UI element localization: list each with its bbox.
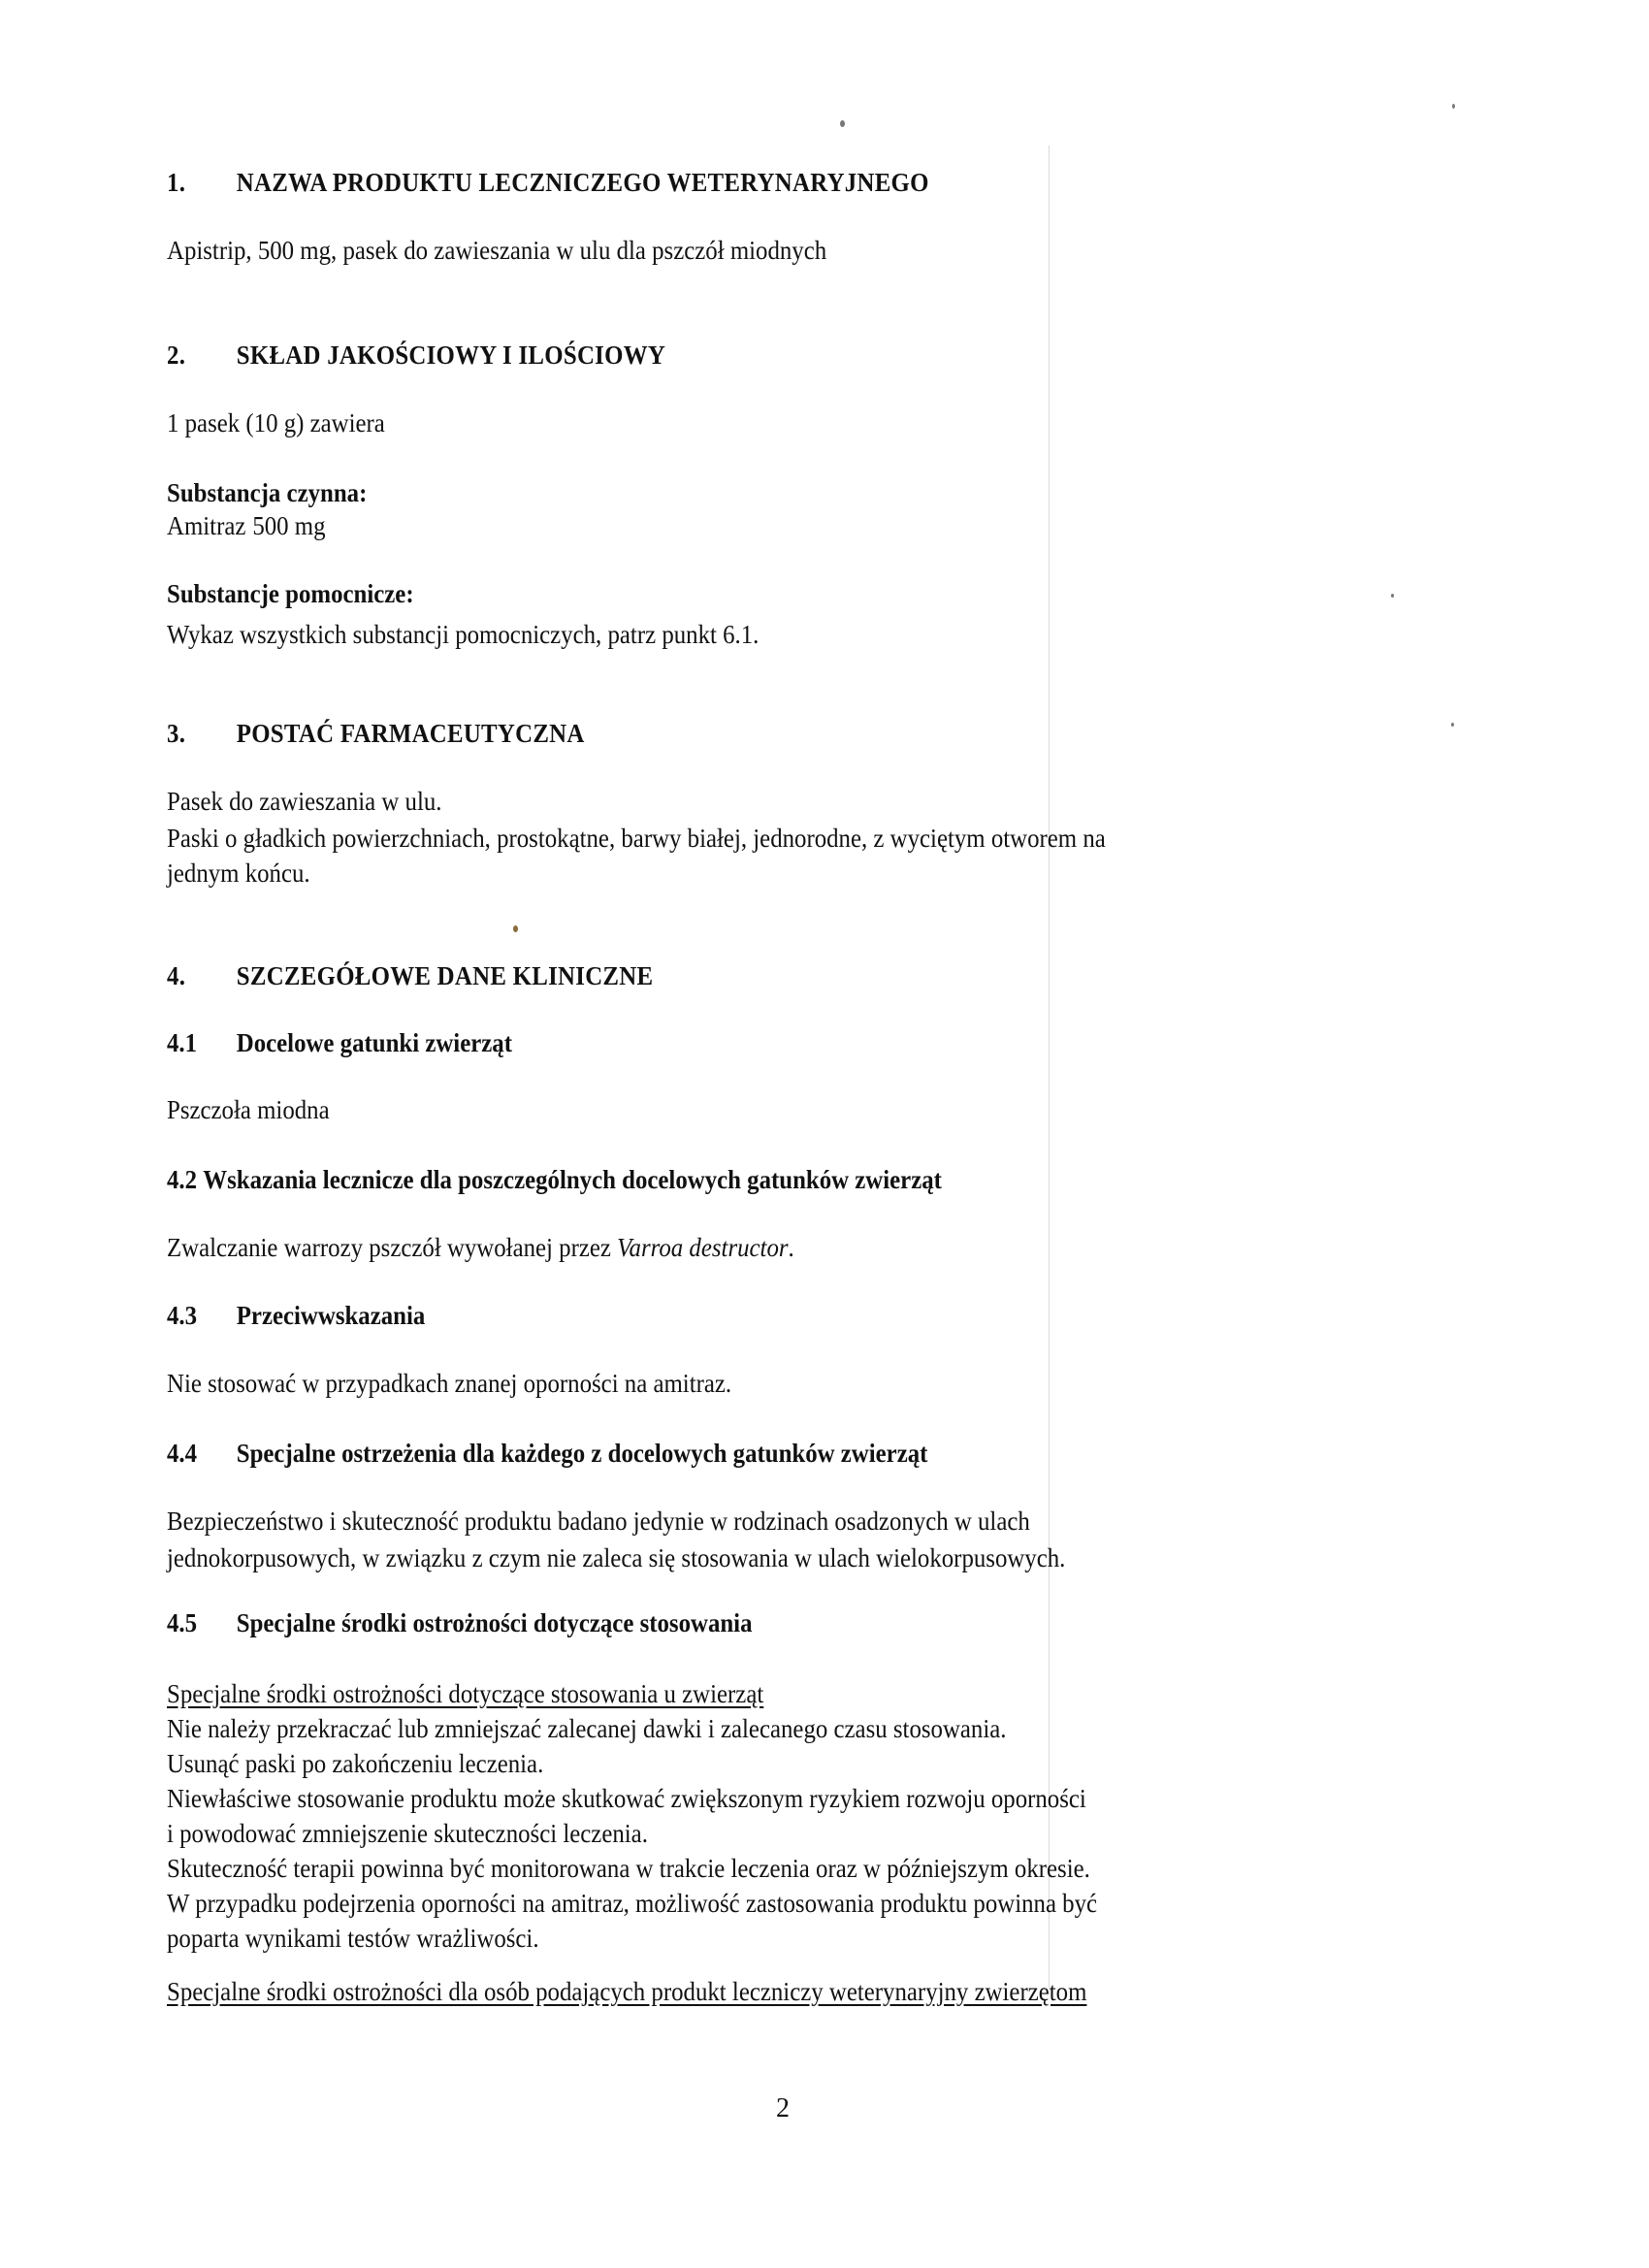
subsection-4-3-heading: 4.3Przeciwwskazania: [167, 1299, 425, 1332]
precautions-line: Usunąć paski po zakończeniu leczenia.: [167, 1747, 543, 1780]
subsection-number: 4.5: [167, 1606, 237, 1639]
species-name-italic: Varroa destructor: [617, 1233, 788, 1262]
precautions-line: Skuteczność terapii powinna być monitoro…: [167, 1852, 1090, 1885]
precautions-line: i powodować zmniejszenie skuteczności le…: [167, 1817, 648, 1850]
contraindications-text: Nie stosować w przypadkach znanej oporno…: [167, 1367, 731, 1400]
scan-speck: [513, 925, 518, 932]
scan-speck: [840, 120, 845, 127]
subsection-4-4-heading: 4.4Specjalne ostrzeżenia dla każdego z d…: [167, 1437, 927, 1470]
excipients-label: Substancje pomocnicze:: [167, 577, 414, 610]
warnings-line: jednokorpusowych, w związku z czym nie z…: [167, 1541, 1065, 1574]
subsection-4-1-heading: 4.1Docelowe gatunki zwierząt: [167, 1026, 512, 1059]
subsection-number: 4.3: [167, 1299, 237, 1332]
subsection-title: Przeciwwskazania: [237, 1301, 426, 1330]
section-number: 3.: [167, 717, 237, 750]
scan-speck: [1452, 104, 1455, 109]
product-name-text: Apistrip, 500 mg, pasek do zawieszania w…: [167, 234, 826, 267]
precautions-line: poparta wynikami testów wrażliwości.: [167, 1922, 539, 1955]
warnings-line: Bezpieczeństwo i skuteczność produktu ba…: [167, 1505, 1030, 1538]
subsection-title: Docelowe gatunki zwierząt: [237, 1028, 512, 1057]
active-substance-name: Amitraz: [167, 509, 252, 542]
section-1-heading: 1.NAZWA PRODUKTU LECZNICZEGO WETERYNARYJ…: [167, 166, 929, 199]
section-number: 1.: [167, 166, 237, 199]
section-number: 4.: [167, 959, 237, 992]
indications-prefix: Zwalczanie warrozy pszczół wywołanej prz…: [167, 1233, 617, 1262]
subsection-title: Wskazania lecznicze dla poszczególnych d…: [203, 1165, 942, 1194]
subsection-title: Specjalne środki ostrożności dotyczące s…: [237, 1608, 753, 1637]
section-2-heading: 2.SKŁAD JAKOŚCIOWY I ILOŚCIOWY: [167, 339, 665, 372]
target-species-text: Pszczoła miodna: [167, 1093, 330, 1126]
page-number: 2: [776, 2093, 790, 2124]
subsection-4-5-heading: 4.5Specjalne środki ostrożności dotycząc…: [167, 1606, 753, 1639]
indications-text: Zwalczanie warrozy pszczół wywołanej prz…: [167, 1231, 794, 1264]
subsection-number: 4.2: [167, 1165, 197, 1194]
section-title: NAZWA PRODUKTU LECZNICZEGO WETERYNARYJNE…: [237, 168, 929, 197]
precautions-persons-subheading: Specjalne środki ostrożności dla osób po…: [167, 1975, 1086, 2008]
active-substance-amount: 500 mg: [252, 511, 325, 540]
precautions-animals-subheading: Specjalne środki ostrożności dotyczące s…: [167, 1677, 763, 1710]
section-title: SKŁAD JAKOŚCIOWY I ILOŚCIOWY: [237, 340, 665, 370]
form-line: Pasek do zawieszania w ulu.: [167, 785, 442, 818]
scan-artifact-line: [1049, 146, 1050, 1989]
document-page: 1.NAZWA PRODUKTU LECZNICZEGO WETERYNARYJ…: [0, 0, 1649, 2268]
precautions-line: Nie należy przekraczać lub zmniejszać za…: [167, 1712, 1006, 1745]
scan-speck: [1451, 723, 1454, 727]
scan-speck: [1391, 594, 1394, 598]
section-title: SZCZEGÓŁOWE DANE KLINICZNE: [237, 961, 654, 990]
section-3-heading: 3.POSTAĆ FARMACEUTYCZNA: [167, 717, 585, 750]
form-line: jednym końcu.: [167, 857, 310, 890]
subsection-title: Specjalne ostrzeżenia dla każdego z doce…: [237, 1439, 928, 1468]
subsection-number: 4.4: [167, 1437, 237, 1470]
excipients-text: Wykaz wszystkich substancji pomocniczych…: [167, 618, 759, 651]
precautions-line: W przypadku podejrzenia oporności na ami…: [167, 1887, 1097, 1920]
subsection-4-2-heading: 4.2 Wskazania lecznicze dla poszczególny…: [167, 1163, 942, 1196]
active-substance-label: Substancja czynna:: [167, 476, 367, 509]
section-4-heading: 4.SZCZEGÓŁOWE DANE KLINICZNE: [167, 959, 653, 992]
composition-intro: 1 pasek (10 g) zawiera: [167, 406, 385, 439]
section-number: 2.: [167, 339, 237, 372]
active-substance-row: Amitraz500 mg: [167, 509, 326, 542]
section-title: POSTAĆ FARMACEUTYCZNA: [237, 719, 585, 748]
precautions-line: Niewłaściwe stosowanie produktu może sku…: [167, 1782, 1086, 1815]
form-line: Paski o gładkich powierzchniach, prostok…: [167, 822, 1106, 855]
indications-suffix: .: [789, 1233, 794, 1262]
subsection-number: 4.1: [167, 1026, 237, 1059]
